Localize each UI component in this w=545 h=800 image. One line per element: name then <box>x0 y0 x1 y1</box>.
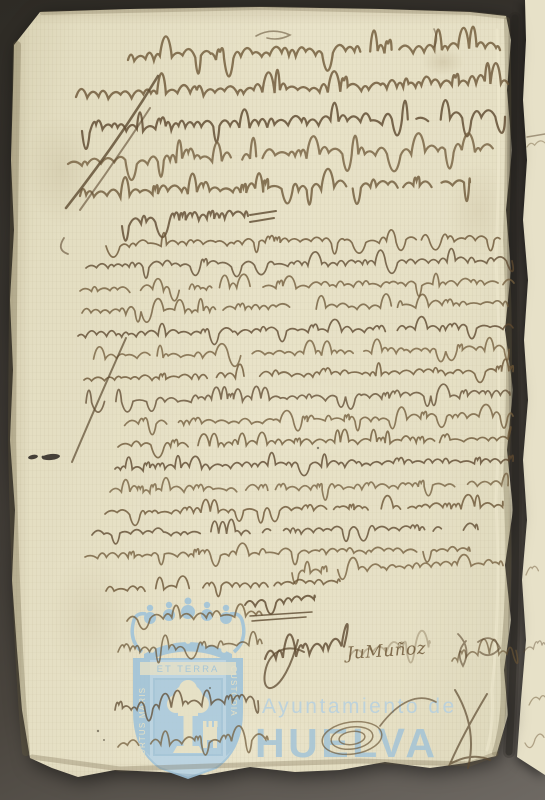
crown-points <box>144 598 232 625</box>
shield-tower <box>203 721 218 748</box>
handwriting-ink-layer <box>61 27 545 768</box>
watermark-motto-left: PORTUS MARIS <box>138 687 147 762</box>
archive-photo-background: ET TERRA <box>0 0 545 800</box>
watermark-motto-top: ET TERRA <box>157 664 220 675</box>
ink-blot <box>28 453 61 461</box>
manuscript-overlay: ET TERRA <box>0 0 545 800</box>
watermark-motto-right: CUSTODIA <box>229 666 238 717</box>
huelva-watermark: ET TERRA <box>132 598 457 779</box>
signature-munoz: JuMuñoz <box>343 638 427 664</box>
